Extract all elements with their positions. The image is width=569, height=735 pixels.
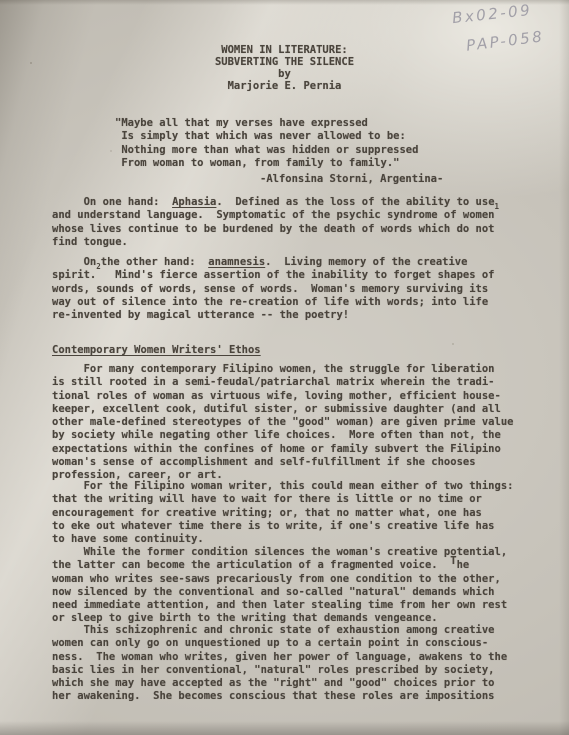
text-line: This schizophrenic and chronic state of … bbox=[52, 624, 507, 637]
text-line: woman who writes see-saws precariously f… bbox=[52, 573, 507, 586]
text-line: encouragement for creative writing; or, … bbox=[52, 507, 513, 520]
text-line: by society while negating other life cho… bbox=[52, 429, 513, 442]
text-line: On2the other hand: anamnesis. Living mem… bbox=[52, 256, 495, 269]
text-line: way out of silence into the re-creation … bbox=[52, 296, 495, 309]
paper-speck bbox=[110, 150, 112, 152]
paragraph-ethos: For many contemporary Filipino women, th… bbox=[52, 363, 513, 483]
paper-speck bbox=[300, 690, 302, 692]
paragraph-seesaw: While the former condition silences the … bbox=[52, 546, 507, 626]
text-segment: On one hand: bbox=[52, 196, 172, 208]
text-line: Is simply that which was never allowed t… bbox=[115, 130, 418, 143]
paragraph-awakening: This schizophrenic and chronic state of … bbox=[52, 624, 507, 704]
text-line: whose lives continue to be burdened by t… bbox=[52, 223, 499, 236]
epigraph: "Maybe all that my verses have expressed… bbox=[115, 117, 418, 170]
text-line: tional roles of woman as virtuous wife, … bbox=[52, 390, 513, 403]
underlined-text: anamnesis bbox=[208, 256, 265, 268]
text-line: keeper, excellent cook, dutiful sister, … bbox=[52, 403, 513, 416]
text-segment: the other hand: bbox=[101, 256, 208, 268]
handwritten-archive-code-top: Bx02-09 bbox=[451, 1, 533, 27]
text-line: by bbox=[0, 68, 569, 80]
text-line: that the writing will have to wait for t… bbox=[52, 493, 513, 506]
text-line: to eke out whatever time there is to wri… bbox=[52, 520, 513, 533]
text-segment: . Defined as the loss of the ability to … bbox=[216, 196, 494, 208]
scanned-document-page: Bx02-09 PAP-058 WOMEN IN LITERATURE:SUBV… bbox=[0, 0, 569, 735]
text-line: woman's sense of accomplishment and self… bbox=[52, 456, 513, 469]
paper-speck bbox=[452, 343, 454, 345]
text-line: SUBVERTING THE SILENCE bbox=[0, 56, 569, 68]
text-line: "Maybe all that my verses have expressed bbox=[115, 117, 418, 130]
text-line: find tongue. bbox=[52, 236, 499, 249]
text-line: While the former condition silences the … bbox=[52, 546, 507, 559]
text-line: expectations within the confines of home… bbox=[52, 443, 513, 456]
text-segment: On bbox=[52, 256, 96, 268]
text-line: the latter can become the articulation o… bbox=[52, 559, 507, 572]
text-line: spirit. Mind's fierce assertion of the i… bbox=[52, 269, 495, 282]
text-line: Marjorie E. Pernia bbox=[0, 80, 569, 92]
text-line: re-invented by magical utterance -- the … bbox=[52, 309, 495, 322]
epigraph-attribution: -Alfonsina Storni, Argentina- bbox=[260, 173, 443, 186]
text-line: now silenced by the conventional and so-… bbox=[52, 586, 507, 599]
title-block: WOMEN IN LITERATURE:SUBVERTING THE SILEN… bbox=[0, 44, 569, 92]
text-line: other male-defined stereotypes of the "g… bbox=[52, 416, 513, 429]
text-line: -Alfonsina Storni, Argentina- bbox=[260, 173, 443, 186]
typewriter-offset-char: 2 bbox=[96, 260, 101, 273]
text-segment: he bbox=[457, 559, 470, 571]
text-line: Contemporary Women Writers' Ethos bbox=[52, 344, 261, 357]
paragraph-anamnesis: On2the other hand: anamnesis. Living mem… bbox=[52, 256, 495, 322]
text-line: her awakening. She becomes conscious tha… bbox=[52, 690, 507, 703]
text-line: to have some continuity. bbox=[52, 533, 513, 546]
paragraph-aphasia: On one hand: Aphasia. Defined as the los… bbox=[52, 196, 499, 249]
text-line: words, sounds of words, sense of words. … bbox=[52, 283, 495, 296]
text-line: ness. The woman who writes, given her po… bbox=[52, 651, 507, 664]
underlined-text: Aphasia bbox=[172, 196, 216, 208]
paper-speck bbox=[30, 62, 32, 64]
text-line: On one hand: Aphasia. Defined as the los… bbox=[52, 196, 499, 209]
text-line: need immediate attention, and then later… bbox=[52, 599, 507, 612]
typewriter-offset-char: T bbox=[450, 555, 456, 567]
paragraph-two-things: For the Filipino woman writer, this coul… bbox=[52, 480, 513, 546]
section-heading: Contemporary Women Writers' Ethos bbox=[52, 344, 261, 357]
underlined-text: Contemporary Women Writers' Ethos bbox=[52, 344, 261, 356]
text-line: For many contemporary Filipino women, th… bbox=[52, 363, 513, 376]
text-segment: . Living memory of the creative bbox=[265, 256, 467, 268]
text-line: WOMEN IN LITERATURE: bbox=[0, 44, 569, 56]
text-line: From woman to woman, from family to fami… bbox=[115, 157, 418, 170]
text-line: which she may have accepted as the "righ… bbox=[52, 677, 507, 690]
text-line: women can only go on unquestioned up to … bbox=[52, 637, 507, 650]
text-line: Nothing more than what was hidden or sup… bbox=[115, 144, 418, 157]
text-line: is still rooted in a semi-feudal/patriar… bbox=[52, 376, 513, 389]
text-line: For the Filipino woman writer, this coul… bbox=[52, 480, 513, 493]
typewriter-offset-char: 1 bbox=[495, 200, 500, 213]
text-line: basic lies in her conventional, "natural… bbox=[52, 664, 507, 677]
text-line: and understand language. Symptomatic of … bbox=[52, 209, 499, 222]
text-segment: the latter can become the articulation o… bbox=[52, 559, 450, 571]
